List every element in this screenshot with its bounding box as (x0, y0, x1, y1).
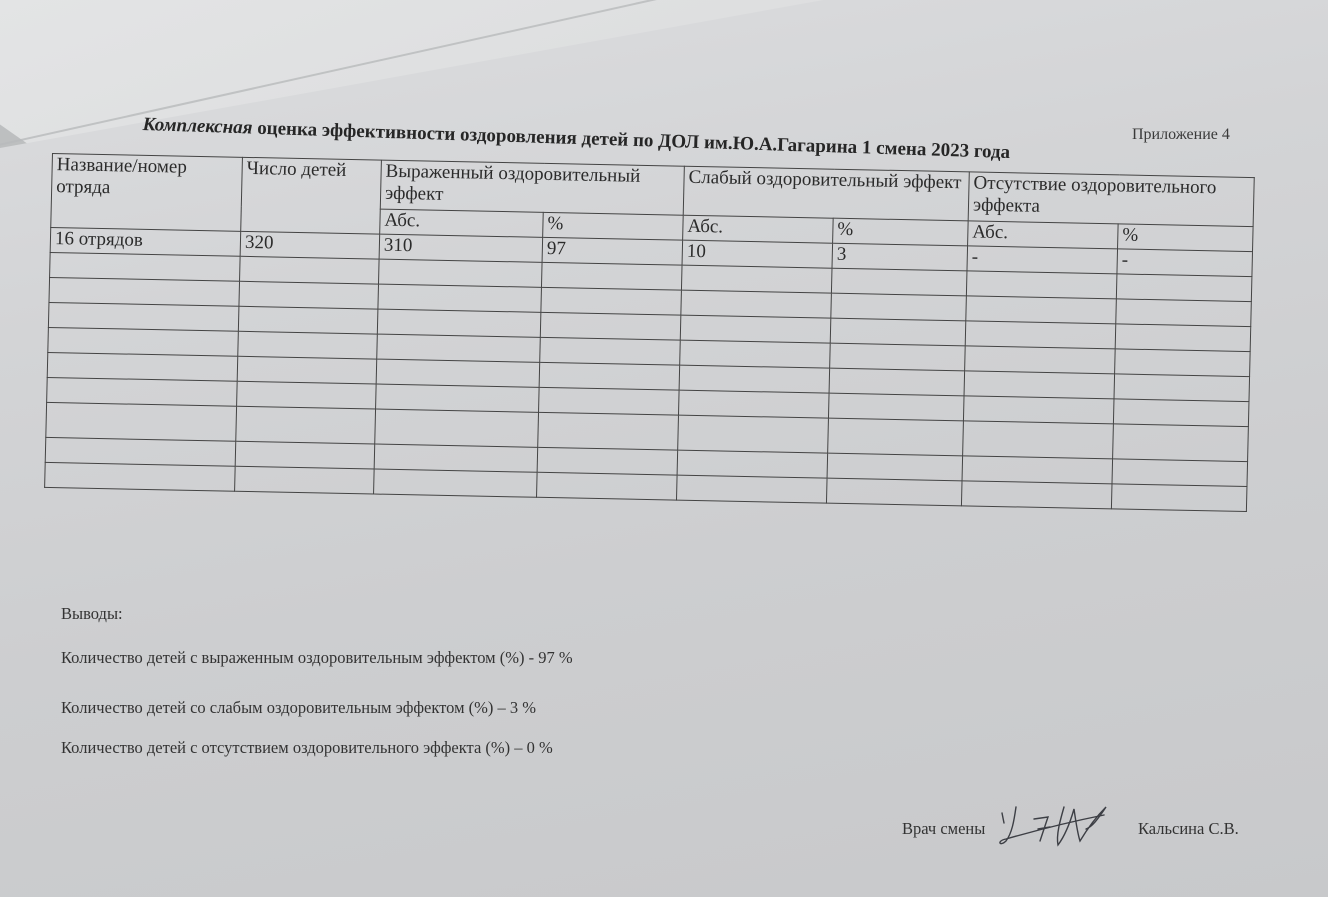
cell-squad: 16 отрядов (50, 227, 241, 256)
empty-cell (539, 362, 680, 390)
conclusion-weak: Количество детей со слабым оздоровительн… (61, 698, 536, 718)
empty-cell (679, 365, 830, 393)
empty-cell (376, 359, 540, 387)
empty-cell (235, 466, 375, 494)
empty-cell (1115, 349, 1251, 377)
cell-children-count: 320 (240, 231, 380, 259)
cell-weak-pct: 3 (832, 243, 968, 271)
empty-cell (961, 481, 1112, 509)
empty-cell (47, 352, 238, 381)
empty-cell (964, 371, 1115, 399)
empty-cell (377, 334, 541, 362)
empty-cell (677, 450, 828, 478)
conclusions-heading: Выводы: (61, 604, 123, 624)
empty-cell (831, 293, 967, 321)
empty-cell (1116, 274, 1252, 302)
header-weak-abs: Абс. (683, 215, 834, 243)
empty-cell (962, 456, 1113, 484)
cell-pronounced-abs: 310 (379, 234, 543, 262)
empty-cell (540, 337, 681, 365)
empty-cell (1114, 374, 1250, 402)
empty-cell (830, 318, 966, 346)
empty-cell (538, 412, 679, 450)
cell-none-abs: - (967, 246, 1118, 274)
header-no-effect: Отсутствие оздоровительного эффекта (968, 172, 1254, 227)
empty-cell (829, 368, 965, 396)
empty-cell (963, 421, 1114, 459)
cell-none-pct: - (1117, 249, 1253, 277)
empty-cell (828, 418, 964, 456)
empty-cell (828, 393, 964, 421)
empty-cell (681, 290, 832, 318)
empty-cell (45, 462, 236, 491)
appendix-label: Приложение 4 (1132, 126, 1230, 144)
conclusion-none: Количество детей с отсутствием оздоровит… (61, 738, 553, 758)
empty-cell (377, 309, 541, 337)
empty-cell (966, 296, 1117, 324)
empty-cell (1115, 324, 1251, 352)
header-none-pct: % (1118, 224, 1254, 252)
empty-cell (50, 252, 241, 281)
empty-cell (541, 287, 682, 315)
empty-cell (676, 475, 827, 503)
empty-cell (376, 384, 540, 412)
empty-cell (537, 472, 678, 500)
empty-cell (48, 302, 239, 331)
conclusion-pronounced: Количество детей с выраженным оздоровите… (61, 648, 573, 668)
empty-cell (827, 453, 963, 481)
empty-cell (240, 256, 380, 284)
header-pronounced-pct: % (543, 212, 684, 240)
empty-cell (831, 268, 967, 296)
empty-cell (49, 277, 240, 306)
empty-cell (680, 340, 831, 368)
empty-cell (1111, 484, 1247, 512)
report-table-container: Название/номер отряда Число детей Выраже… (44, 153, 1254, 512)
empty-cell (678, 415, 829, 453)
empty-cell (237, 381, 377, 409)
empty-cell (1113, 399, 1249, 427)
empty-cell (681, 265, 832, 293)
empty-cell (374, 444, 538, 472)
empty-cell (239, 281, 379, 309)
signature-role: Врач смены (902, 819, 985, 839)
signature-name: Кальсина С.В. (1138, 819, 1239, 839)
empty-cell (238, 306, 378, 334)
cell-pronounced-pct: 97 (542, 237, 683, 265)
empty-cell (539, 387, 680, 415)
empty-cell (826, 478, 962, 506)
empty-cell (965, 321, 1116, 349)
empty-cell (237, 356, 377, 384)
empty-cell (540, 312, 681, 340)
header-pronounced-effect: Выраженный оздоровительный эффект (380, 160, 684, 215)
header-weak-pct: % (833, 218, 969, 246)
header-squad: Название/номер отряда (51, 154, 243, 232)
empty-cell (378, 284, 542, 312)
header-none-abs: Абс. (968, 221, 1119, 249)
empty-cell (537, 447, 678, 475)
empty-cell (1113, 424, 1249, 462)
empty-cell (963, 396, 1114, 424)
empty-cell (966, 271, 1117, 299)
document-title-italic: Комплексная (142, 114, 253, 139)
empty-cell (965, 346, 1116, 374)
header-weak-effect: Слабый оздоровительный эффект (683, 166, 969, 221)
empty-cell (1116, 299, 1252, 327)
empty-cell (238, 331, 378, 359)
empty-cell (48, 327, 239, 356)
empty-cell (680, 315, 831, 343)
handwritten-signature-icon (994, 801, 1124, 861)
empty-cell (1112, 459, 1248, 487)
empty-cell (46, 402, 237, 441)
empty-rows (45, 252, 1252, 511)
header-children-count: Число детей (241, 157, 382, 234)
report-table: Название/номер отряда Число детей Выраже… (44, 153, 1255, 512)
empty-cell (541, 262, 682, 290)
empty-cell (374, 469, 538, 497)
empty-cell (47, 377, 238, 406)
empty-cell (235, 441, 375, 469)
header-pronounced-abs: Абс. (380, 209, 544, 237)
empty-cell (45, 437, 236, 466)
empty-cell (379, 259, 543, 287)
empty-cell (236, 406, 376, 444)
empty-cell (375, 409, 539, 447)
empty-cell (678, 390, 829, 418)
cell-weak-abs: 10 (682, 240, 833, 268)
empty-cell (830, 343, 966, 371)
